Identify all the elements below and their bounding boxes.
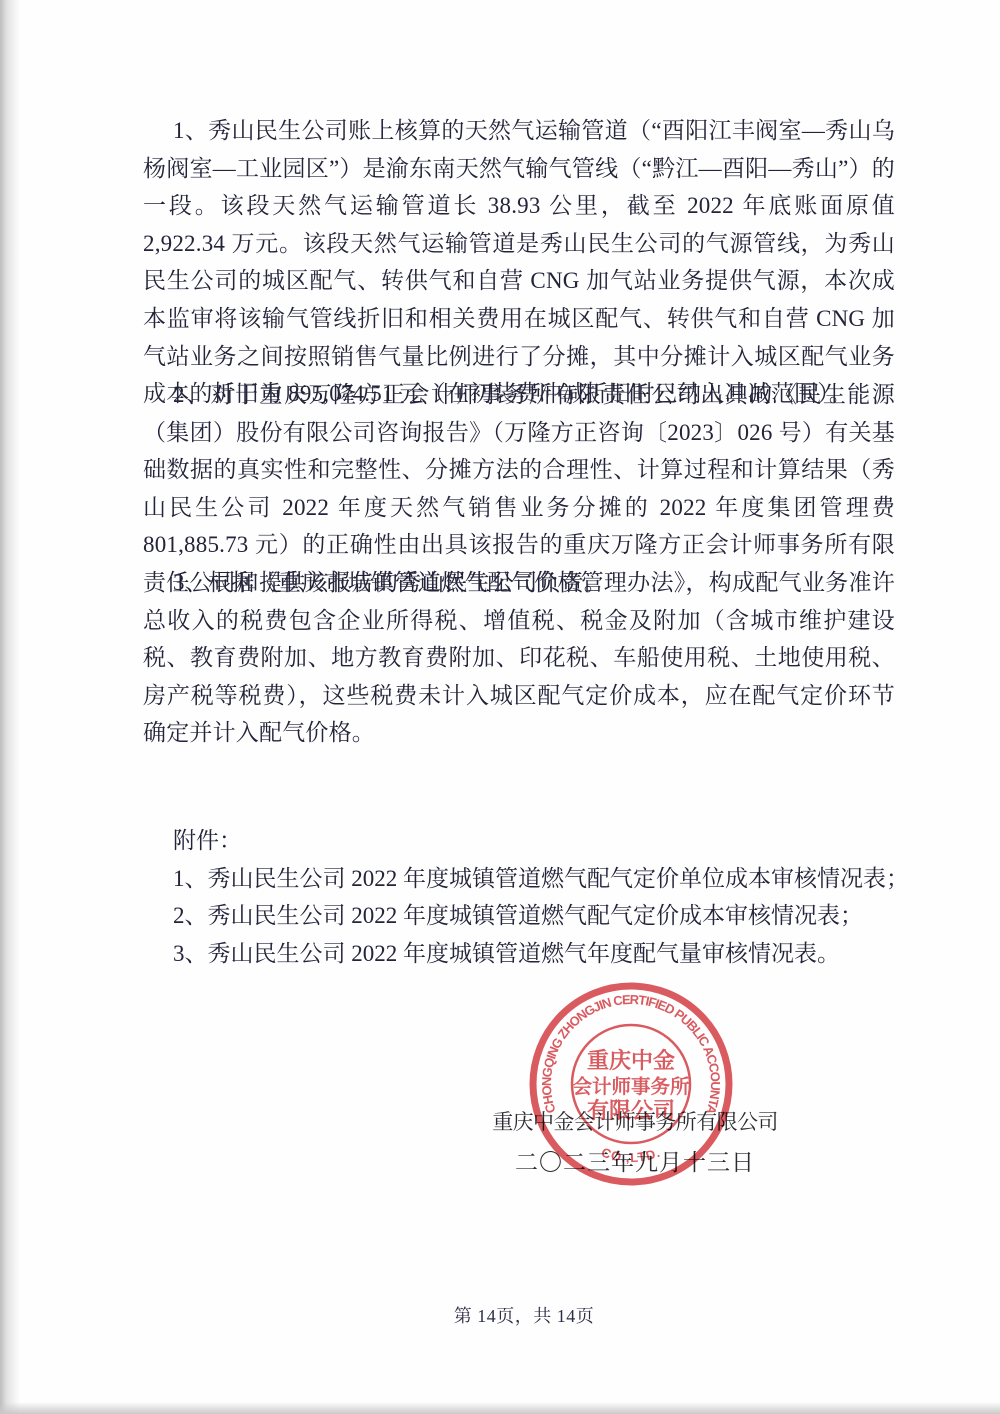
scan-edge-left [0,0,20,1414]
svg-text:CO.,LTD.: CO.,LTD. [599,1145,662,1165]
seal-ring-text-top: CHONGQING ZHONGJIN CERTIFIED PUBLIC ACCO… [526,979,723,1117]
paragraph-2: 2、对于重庆万隆方正会计师事务所有限责任公司出具的《民生能源（集团）股份有限公司… [143,376,895,564]
document-page: 1、秀山民生公司账上核算的天然气运输管道（“酉阳江丰阀室—秀山乌杨阀室—工业园区… [0,0,1000,1414]
scan-edge-bottom [0,1402,1000,1414]
attachment-item-3: 3、秀山民生公司 2022 年度城镇管道燃气年度配气量审核情况表。 [143,935,895,973]
page-number-footer: 第 14页，共 14页 [454,1302,595,1328]
company-seal-stamp-icon: CHONGQING ZHONGJIN CERTIFIED PUBLIC ACCO… [526,979,736,1189]
body-text: 1、秀山民生公司账上核算的天然气运输管道（“酉阳江丰阀室—秀山乌杨阀室—工业园区… [143,112,895,972]
paragraph-3: 3、根据《重庆市城镇管道燃气配气价格管理办法》，构成配气业务准许总收入的税费包含… [143,564,895,715]
seal-center-line1: 重庆中金 [587,1048,675,1073]
paragraph-1: 1、秀山民生公司账上核算的天然气运输管道（“酉阳江丰阀室—秀山乌杨阀室—工业园区… [143,112,895,376]
seal-center-line2: 会计师事务所 [572,1075,690,1098]
attachment-item-1: 1、秀山民生公司 2022 年度城镇管道燃气配气定价单位成本审核情况表； [143,860,895,898]
attachments-section: 附件： 1、秀山民生公司 2022 年度城镇管道燃气配气定价单位成本审核情况表；… [143,822,895,972]
signing-company-name: 重庆中金会计师事务所有限公司 [492,1106,778,1136]
attachment-item-2: 2、秀山民生公司 2022 年度城镇管道燃气配气定价成本审核情况表； [143,897,895,935]
attachments-label: 附件： [143,822,895,860]
seal-ring-text-bottom: CO.,LTD. [599,1145,662,1165]
seal-center-line3: 有限公司 [587,1098,675,1123]
signing-date: 二〇二三年九月十三日 [515,1144,755,1177]
svg-text:CHONGQING ZHONGJIN CERTIFIED P: CHONGQING ZHONGJIN CERTIFIED PUBLIC ACCO… [526,979,723,1117]
